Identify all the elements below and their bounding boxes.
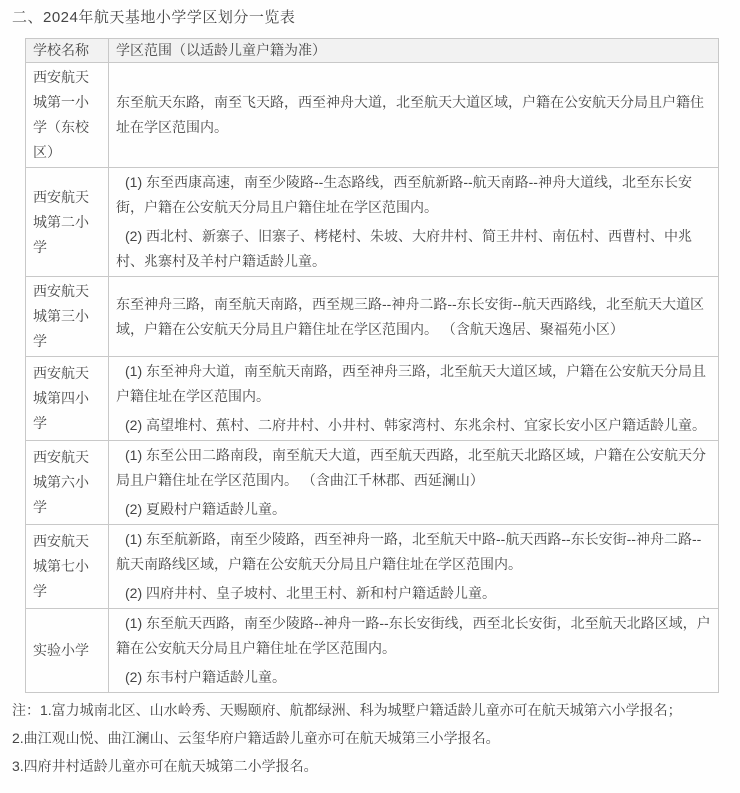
district-range-item: (1) 东至西康高速，南至少陵路--生态路线，西至航新路--航天南路--神舟大道… bbox=[116, 170, 711, 220]
footnote-line: 2.曲江观山悦、曲江澜山、云玺华府户籍适龄儿童亦可在航天城第三小学报名。 bbox=[12, 731, 728, 746]
district-range-item: (1) 东至神舟大道，南至航天南路，西至神舟三路，北至航天大道区域，户籍在公安航… bbox=[116, 359, 711, 409]
district-range-cell: (1) 东至航新路，南至少陵路，西至神舟一路，北至航天中路--航天西路--东长安… bbox=[109, 525, 719, 609]
district-range-item: (2) 西北村、新寨子、旧寨子、栲栳村、朱坡、大府井村、简王井村、南伍村、西曹村… bbox=[116, 224, 711, 274]
document-page: 二、2024年航天基地小学学区划分一览表 学校名称 学区范围（以适龄儿童户籍为准… bbox=[0, 0, 740, 793]
table-row: 西安航天城第六小学 (1) 东至公田二路南段，南至航天大道，西至航天西路，北至航… bbox=[26, 441, 719, 525]
table-row: 西安航天城第七小学 (1) 东至航新路，南至少陵路，西至神舟一路，北至航天中路-… bbox=[26, 525, 719, 609]
school-name-cell: 西安航天城第七小学 bbox=[26, 525, 109, 609]
district-range-item: (1) 东至航新路，南至少陵路，西至神舟一路，北至航天中路--航天西路--东长安… bbox=[116, 527, 711, 577]
district-range-cell: (1) 东至公田二路南段，南至航天大道，西至航天西路，北至航天北路区域，户籍在公… bbox=[109, 441, 719, 525]
school-name-cell: 西安航天城第四小学 bbox=[26, 357, 109, 441]
district-range-item: (1) 东至公田二路南段，南至航天大道，西至航天西路，北至航天北路区域，户籍在公… bbox=[116, 443, 711, 493]
footnote-line: 注：1.富力城南北区、山水岭秀、天赐颐府、航都绿洲、科为城墅户籍适龄儿童亦可在航… bbox=[12, 703, 728, 718]
page-title: 二、2024年航天基地小学学区划分一览表 bbox=[12, 8, 728, 28]
district-range-item: 东至神舟三路，南至航天南路，西至规三路--神舟二路--东长安街--航天西路线，北… bbox=[116, 292, 711, 342]
district-range-item: (2) 东韦村户籍适龄儿童。 bbox=[116, 665, 711, 690]
footnotes: 注：1.富力城南北区、山水岭秀、天赐颐府、航都绿洲、科为城墅户籍适龄儿童亦可在航… bbox=[12, 703, 728, 774]
table-row: 西安航天城第一小学（东校区） 东至航天东路，南至飞天路，西至神舟大道，北至航天大… bbox=[26, 63, 719, 168]
table-row: 西安航天城第三小学 东至神舟三路，南至航天南路，西至规三路--神舟二路--东长安… bbox=[26, 277, 719, 357]
table-row: 实验小学 (1) 东至航天西路，南至少陵路--神舟一路--东长安街线，西至北长安… bbox=[26, 609, 719, 693]
school-name-cell: 实验小学 bbox=[26, 609, 109, 693]
school-name-cell: 西安航天城第二小学 bbox=[26, 168, 109, 277]
table-row: 西安航天城第二小学 (1) 东至西康高速，南至少陵路--生态路线，西至航新路--… bbox=[26, 168, 719, 277]
district-range-cell: (1) 东至神舟大道，南至航天南路，西至神舟三路，北至航天大道区域，户籍在公安航… bbox=[109, 357, 719, 441]
school-district-table: 学校名称 学区范围（以适龄儿童户籍为准） 西安航天城第一小学（东校区） 东至航天… bbox=[25, 38, 719, 693]
school-name-cell: 西安航天城第三小学 bbox=[26, 277, 109, 357]
district-range-cell: (1) 东至西康高速，南至少陵路--生态路线，西至航新路--航天南路--神舟大道… bbox=[109, 168, 719, 277]
footnote-line: 3.四府井村适龄儿童亦可在航天城第二小学报名。 bbox=[12, 759, 728, 774]
district-range-cell: 东至航天东路，南至飞天路，西至神舟大道，北至航天大道区域，户籍在公安航天分局且户… bbox=[109, 63, 719, 168]
table-row: 西安航天城第四小学 (1) 东至神舟大道，南至航天南路，西至神舟三路，北至航天大… bbox=[26, 357, 719, 441]
district-range-cell: (1) 东至航天西路，南至少陵路--神舟一路--东长安街线，西至北长安街，北至航… bbox=[109, 609, 719, 693]
school-name-cell: 西安航天城第一小学（东校区） bbox=[26, 63, 109, 168]
header-district-range: 学区范围（以适龄儿童户籍为准） bbox=[109, 39, 719, 63]
district-range-item: (2) 四府井村、皇子坡村、北里王村、新和村户籍适龄儿童。 bbox=[116, 581, 711, 606]
table-header-row: 学校名称 学区范围（以适龄儿童户籍为准） bbox=[26, 39, 719, 63]
district-range-item: (2) 夏殿村户籍适龄儿童。 bbox=[116, 497, 711, 522]
district-range-cell: 东至神舟三路，南至航天南路，西至规三路--神舟二路--东长安街--航天西路线，北… bbox=[109, 277, 719, 357]
district-range-item: (1) 东至航天西路，南至少陵路--神舟一路--东长安街线，西至北长安街，北至航… bbox=[116, 611, 711, 661]
header-school-name: 学校名称 bbox=[26, 39, 109, 63]
district-range-item: (2) 高望堆村、蕉村、二府井村、小井村、韩家湾村、东兆余村、宜家长安小区户籍适… bbox=[116, 413, 711, 438]
school-name-cell: 西安航天城第六小学 bbox=[26, 441, 109, 525]
district-range-item: 东至航天东路，南至飞天路，西至神舟大道，北至航天大道区域，户籍在公安航天分局且户… bbox=[116, 90, 711, 140]
